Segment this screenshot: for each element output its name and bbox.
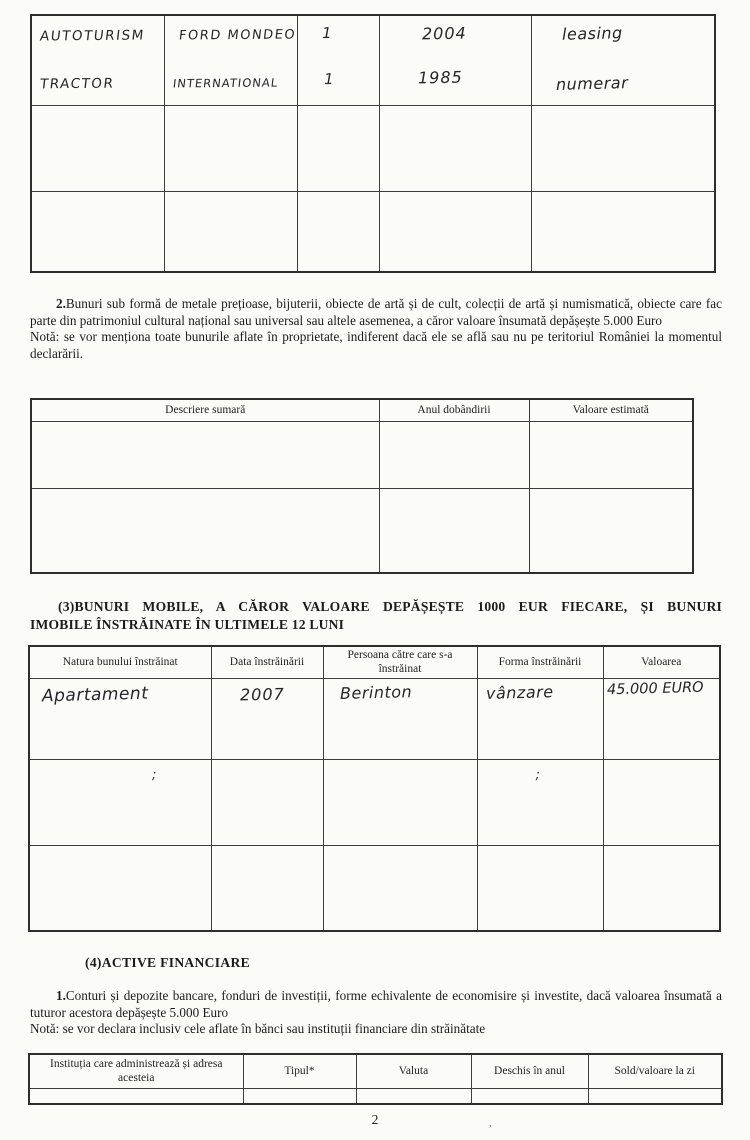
alienated-goods-header-row: Natura bunului înstrăinat Data înstrăină… [29,646,720,678]
section4-note: Notă: se vor declara inclusiv cele aflat… [30,1021,722,1038]
section4-heading: (4)ACTIVE FINANCIARE [85,955,250,971]
empty-cell [471,1088,588,1104]
cell-data: 2007 [211,678,323,759]
empty-cell [211,845,323,931]
header-forma-instrainarii: Forma înstrăinării [477,646,603,678]
cell-vehicle-year: 2004 1985 [379,15,531,105]
header-valuta: Valuta [356,1054,471,1088]
alienated-goods-row-filled: Apartament 2007 Berinton vânzare 45.000 … [29,678,720,759]
handwriting-vehicle-type-2: TRACTOR [39,76,115,93]
cell-natura: Apartament [29,678,211,759]
handwriting-vehicle-year-2: 1985 [417,68,462,88]
vehicles-row-empty [31,105,715,191]
cell-vehicle-mode: leasing numerar [531,15,715,105]
section2-note: Notă: se vor menționa toate bunurile afl… [30,329,722,362]
empty-cell [29,845,211,931]
cell-with-pen-mark: ; [477,759,603,845]
empty-cell [529,421,693,488]
handwriting-vehicle-brand-1: FORD MONDEO [178,27,297,43]
cell-vehicle-type: AUTOTURISM TRACTOR [31,15,164,105]
pen-mark: ; [152,768,156,783]
header-data-instrainarii: Data înstrăinării [211,646,323,678]
section4-paragraph: 1.Conturi și depozite bancare, fonduri d… [30,988,722,1021]
alienated-goods-table: Natura bunului înstrăinat Data înstrăină… [28,645,721,932]
precious-goods-table: Descriere sumară Anul dobândirii Valoare… [30,398,694,574]
empty-cell [379,488,529,573]
header-natura-bunului: Natura bunului înstrăinat [29,646,211,678]
footer-mark: , [489,1117,492,1129]
empty-cell [379,421,529,488]
empty-cell [211,759,323,845]
header-deschis-in-anul: Deschis în anul [471,1054,588,1088]
handwriting-vehicle-year-1: 2004 [421,24,466,44]
empty-cell [379,191,531,272]
cell-forma: vânzare [477,678,603,759]
accounts-row-empty [29,1088,722,1104]
section3-heading-line1: (3)BUNURI MOBILE, A CĂROR VALOARE DEPĂȘE… [30,598,722,616]
handwriting-vehicle-type-1: AUTOTURISM [39,28,146,45]
handwriting-valoarea: 45.000 EURO [606,679,703,698]
cell-vehicle-qty: 1 1 [297,15,379,105]
precious-goods-row-empty [31,421,693,488]
empty-cell [531,191,715,272]
handwriting-vehicle-qty-1: 1 [321,24,332,42]
header-persoana: Persoana către care s-a înstrăinat [323,646,477,678]
cell-valoarea: 45.000 EURO [603,678,720,759]
empty-cell [588,1088,722,1104]
handwriting-persoana: Berinton [339,682,412,703]
empty-cell [243,1088,356,1104]
accounts-table: Instituția care administrează și adresa … [28,1053,723,1105]
section4-paragraph-text: Conturi și depozite bancare, fonduri de … [30,988,722,1020]
handwriting-vehicle-brand-2: INTERNATIONAL [172,76,279,91]
empty-cell [31,191,164,272]
empty-cell [477,845,603,931]
cell-vehicle-brand: FORD MONDEO INTERNATIONAL [164,15,297,105]
section2-number: 2. [56,296,66,311]
handwriting-data: 2007 [239,684,284,704]
section2-paragraph-text: Bunuri sub formă de metale prețioase, bi… [30,296,722,328]
cell-persoana: Berinton [323,678,477,759]
empty-cell [603,759,720,845]
empty-cell [323,759,477,845]
vehicles-row-empty [31,191,715,272]
section3-heading-line2: IMOBILE ÎNSTRĂINATE ÎN ULTIMELE 12 LUNI [30,616,722,634]
pen-mark: ; [536,768,540,783]
precious-goods-row-empty [31,488,693,573]
empty-cell [31,105,164,191]
header-descriere-sumara: Descriere sumară [31,399,379,421]
accounts-header-row: Instituția care administrează și adresa … [29,1054,722,1088]
empty-cell [31,488,379,573]
header-sold-valoare: Sold/valoare la zi [588,1054,722,1088]
vehicles-row-filled: AUTOTURISM TRACTOR FORD MONDEO INTERNATI… [31,15,715,105]
empty-cell [529,488,693,573]
section2-text: 2.Bunuri sub formă de metale prețioase, … [30,296,722,362]
page-number: 2 [372,1112,379,1127]
handwriting-forma: vânzare [485,682,553,703]
empty-cell [379,105,531,191]
section4-number: 1. [56,988,66,1003]
empty-cell [164,105,297,191]
section2-paragraph: 2.Bunuri sub formă de metale prețioase, … [30,296,722,329]
alienated-goods-row-marks: ; ; [29,759,720,845]
header-tipul: Tipul* [243,1054,356,1088]
empty-cell [29,1088,243,1104]
handwriting-vehicle-mode-1: leasing [561,23,622,44]
empty-cell [356,1088,471,1104]
section4-text: 1.Conturi și depozite bancare, fonduri d… [30,988,722,1038]
empty-cell [603,845,720,931]
page-footer: 2 [0,1112,750,1128]
alienated-goods-row-empty [29,845,720,931]
precious-goods-header-row: Descriere sumară Anul dobândirii Valoare… [31,399,693,421]
vehicles-table: AUTOTURISM TRACTOR FORD MONDEO INTERNATI… [30,14,716,273]
empty-cell [31,421,379,488]
header-valoarea: Valoarea [603,646,720,678]
header-valoare-estimata: Valoare estimată [529,399,693,421]
handwriting-vehicle-mode-2: numerar [555,73,628,94]
empty-cell [531,105,715,191]
empty-cell [323,845,477,931]
handwriting-natura: Apartament [42,683,149,706]
cell-with-pen-mark: ; [29,759,211,845]
empty-cell [297,191,379,272]
header-anul-dobandirii: Anul dobândirii [379,399,529,421]
header-institutia: Instituția care administrează și adresa … [29,1054,243,1088]
handwriting-vehicle-qty-2: 1 [323,70,334,88]
empty-cell [164,191,297,272]
empty-cell [297,105,379,191]
section3-heading: (3)BUNURI MOBILE, A CĂROR VALOARE DEPĂȘE… [30,598,722,633]
